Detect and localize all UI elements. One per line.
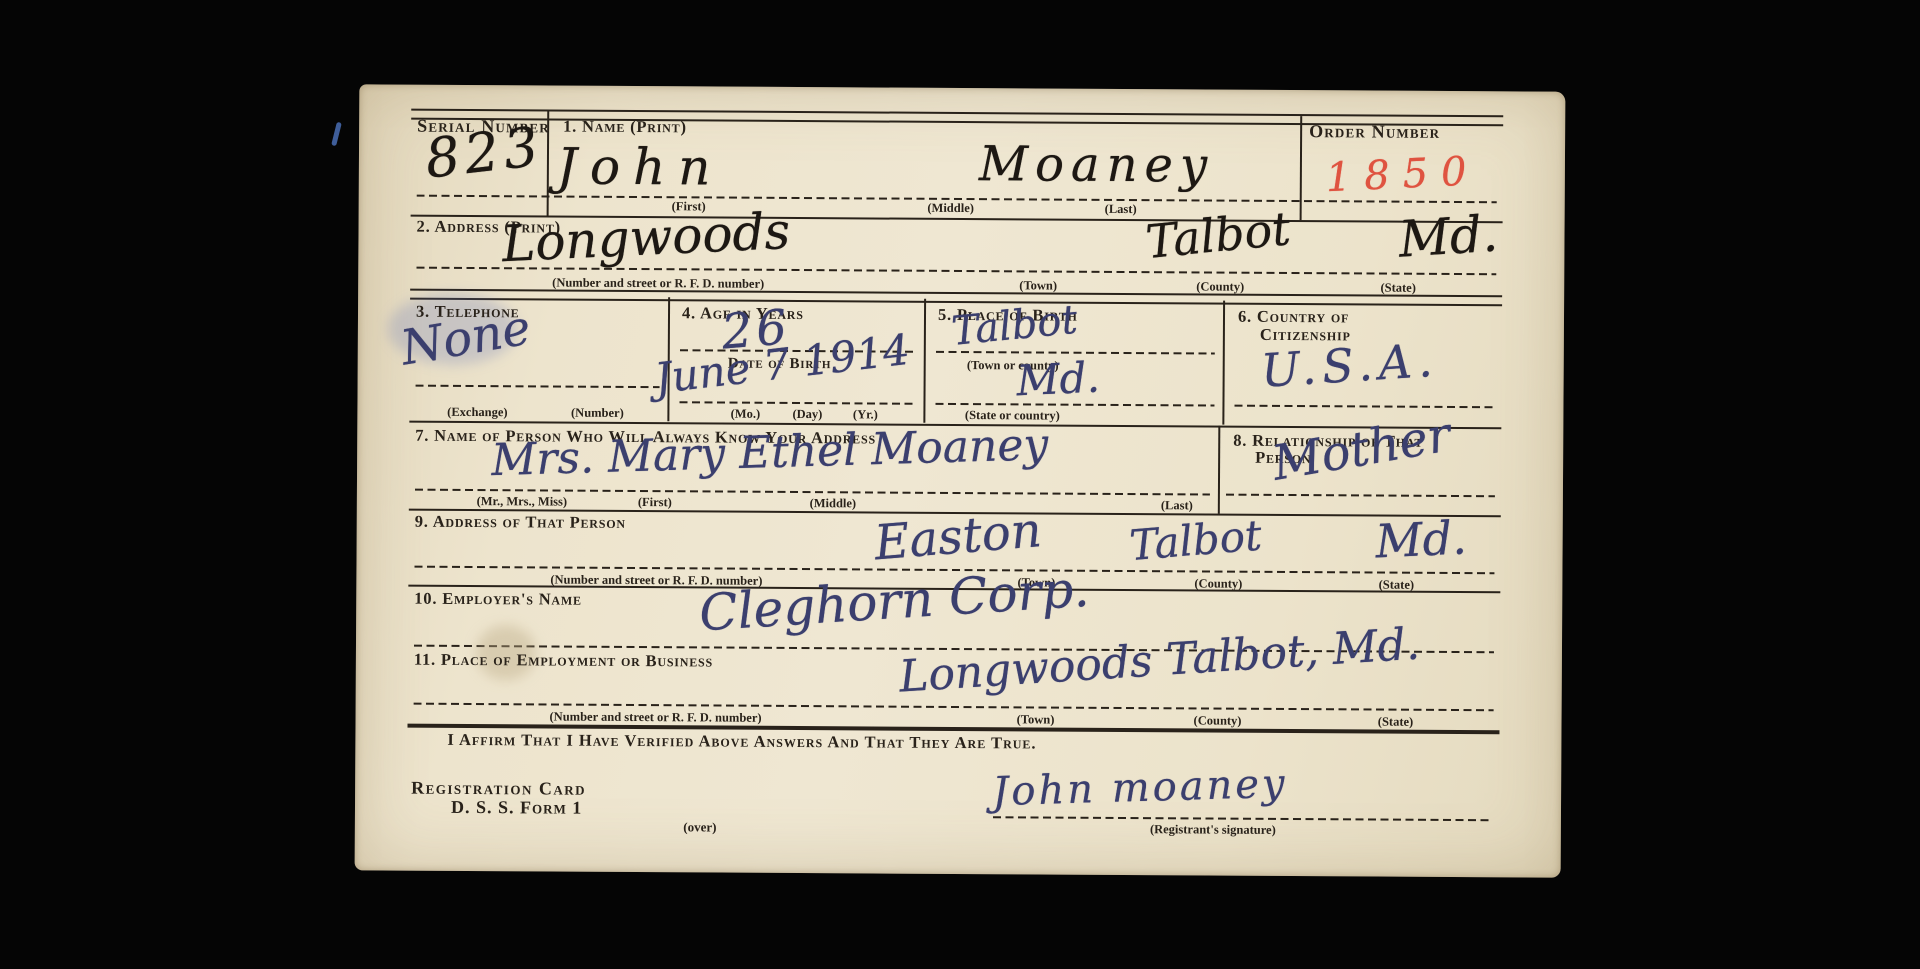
rule-dob-dashed bbox=[679, 401, 915, 405]
divider-name-order bbox=[1300, 116, 1303, 220]
name-first-value: John bbox=[557, 142, 724, 193]
footer-form-number: D. S. S. Form 1 bbox=[451, 798, 582, 818]
name-sub-last: (Last) bbox=[1105, 202, 1137, 217]
birthplace-state-value: Md. bbox=[1016, 357, 1101, 403]
person7-sub-middle: (Middle) bbox=[810, 496, 857, 511]
address-state-value: Md. bbox=[1397, 208, 1499, 264]
registrant-signature: John moaney bbox=[992, 764, 1288, 812]
address-county-value: Talbot bbox=[1144, 205, 1293, 265]
employment-sub-state: (State) bbox=[1378, 715, 1413, 730]
person9-sub-county: (County) bbox=[1194, 576, 1242, 591]
employment-sub-county: (County) bbox=[1194, 713, 1242, 728]
employment-sub-town: (Town) bbox=[1017, 712, 1055, 727]
person9-county-value: Talbot bbox=[1128, 514, 1263, 567]
signature-label: (Registrant's signature) bbox=[1150, 822, 1276, 838]
blue-pen-mark bbox=[331, 122, 342, 146]
person7-sub-first: (First) bbox=[638, 495, 672, 510]
address-sub-street: (Number and street or R. F. D. number) bbox=[552, 276, 764, 292]
person9-label: 9. Address of That Person bbox=[415, 513, 626, 532]
name-label: 1. Name (Print) bbox=[563, 118, 687, 136]
name-last-value: Moaney bbox=[979, 140, 1214, 189]
person9-state-value: Md. bbox=[1374, 514, 1467, 564]
rule-birth-state-dashed bbox=[935, 403, 1214, 407]
employment-value: Longwoods Talbot, Md. bbox=[898, 623, 1421, 700]
address-sub-town: (Town) bbox=[1019, 278, 1057, 293]
dob-sub-yr: (Yr.) bbox=[853, 407, 878, 422]
divider-person7-person8 bbox=[1218, 426, 1221, 514]
name-sub-middle: (Middle) bbox=[927, 201, 974, 216]
rule-citizenship-dashed bbox=[1234, 405, 1495, 409]
divider-age-birthplace bbox=[923, 299, 926, 423]
citizenship-value: U.S.A. bbox=[1260, 337, 1440, 394]
address-sub-county: (County) bbox=[1196, 279, 1244, 294]
rule-row2-bottom-double bbox=[410, 289, 1502, 307]
dob-sub-mo: (Mo.) bbox=[731, 407, 761, 422]
person7-value: Mrs. Mary Ethel Moaney bbox=[491, 423, 1049, 483]
person8-value: Mother bbox=[1269, 411, 1454, 488]
address-street-value: Longwoods bbox=[501, 206, 791, 269]
person7-sub-last: (Last) bbox=[1161, 498, 1193, 513]
divider-birthplace-citizenship bbox=[1222, 301, 1225, 425]
telephone-sub-exchange: (Exchange) bbox=[447, 405, 508, 420]
dob-sub-day: (Day) bbox=[792, 407, 822, 422]
person7-sub-title: (Mr., Mrs., Miss) bbox=[477, 494, 568, 510]
rule-person8-dashed bbox=[1226, 494, 1495, 498]
registration-card: Serial Number 823 1. Name (Print) John M… bbox=[355, 84, 1566, 877]
order-number-label: Order Number bbox=[1309, 122, 1440, 142]
address-sub-state: (State) bbox=[1380, 281, 1415, 296]
scan-background: { "page": { "background": "#050505" }, "… bbox=[0, 0, 1920, 969]
telephone-sub-number: (Number) bbox=[571, 406, 624, 421]
footer-title: Registration Card bbox=[411, 779, 586, 799]
footer-over-note: (over) bbox=[683, 819, 716, 835]
order-number-value: 1850 bbox=[1325, 151, 1480, 198]
birthplace-town-value: Talbot bbox=[950, 300, 1079, 352]
rule-signature-dashed bbox=[993, 816, 1493, 821]
dob-value: June 7 1914 bbox=[653, 329, 912, 400]
employment-label: 11. Place of Employment or Business bbox=[414, 651, 713, 670]
person9-town-value: Easton bbox=[873, 506, 1044, 567]
employment-sub-street: (Number and street or R. F. D. number) bbox=[549, 709, 761, 725]
affirmation-text: I Affirm That I Have Verified Above Answ… bbox=[447, 731, 1036, 752]
serial-number-value: 823 bbox=[423, 119, 547, 186]
citizenship-label-line1: 6. Country of bbox=[1238, 308, 1349, 326]
rule-telephone-dashed bbox=[416, 385, 660, 389]
employer-label: 10. Employer's Name bbox=[414, 590, 582, 608]
person9-sub-state: (State) bbox=[1379, 578, 1414, 593]
